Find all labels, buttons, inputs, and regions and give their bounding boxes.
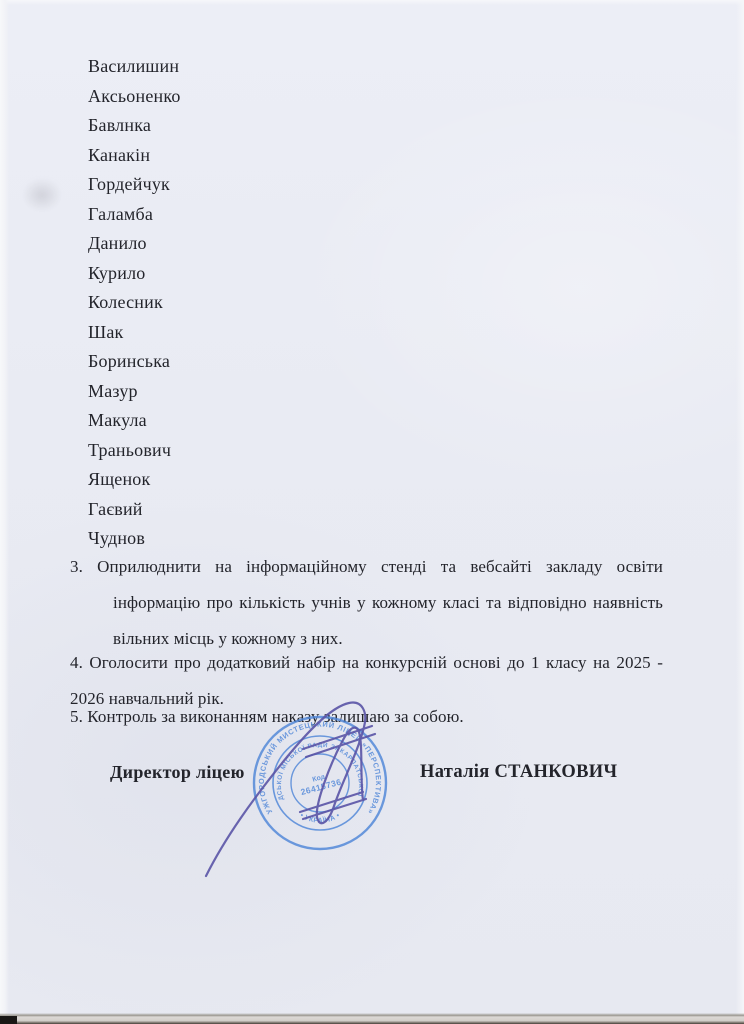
list-item: Макула	[88, 406, 181, 436]
list-item: Боринська	[88, 347, 181, 377]
list-item: Галамба	[88, 200, 181, 230]
list-item: Гаєвий	[88, 495, 181, 525]
list-item: Шак	[88, 318, 181, 348]
list-item: Колесник	[88, 288, 181, 318]
list-item: Бавлнка	[88, 111, 181, 141]
list-item: Данило	[88, 229, 181, 259]
official-stamp: УЖГОРОДСЬКИЙ МИСТЕЦЬКИЙ ЛІЦЕЙ «ПЕРСПЕКТИ…	[245, 708, 395, 858]
ordinance-item-3: 3. Оприлюднити на інформаційному стенді …	[70, 549, 663, 657]
scanned-document-page: Василишин Аксьоненко Бавлнка Канакін Гор…	[0, 0, 744, 1024]
signer-role-label: Директор ліцею	[110, 762, 245, 783]
scan-edge-right	[736, 0, 744, 1024]
paragraph-line: 3. Оприлюднити на інформаційному стенді …	[70, 549, 663, 585]
scan-smudge	[22, 178, 62, 212]
list-item: Канакін	[88, 141, 181, 171]
scan-edge-top	[0, 0, 744, 5]
stamp-center-code: Код 26415736	[298, 770, 343, 797]
paragraph-line: 4. Оголосити про додатковий набір на кон…	[70, 645, 663, 681]
list-item: Гордейчук	[88, 170, 181, 200]
names-list: Василишин Аксьоненко Бавлнка Канакін Гор…	[88, 52, 181, 554]
list-item: Траньович	[88, 436, 181, 466]
list-item: Мазур	[88, 377, 181, 407]
scan-edge-corner	[0, 1016, 17, 1024]
scan-edge-bottom	[0, 1013, 744, 1024]
list-item: Аксьоненко	[88, 82, 181, 112]
list-item: Курило	[88, 259, 181, 289]
paragraph-line: інформацію про кількість учнів у кожному…	[70, 585, 663, 621]
list-item: Ященок	[88, 465, 181, 495]
scan-edge-left	[0, 0, 9, 1024]
stamp-country-text: • УКРАЇНА •	[299, 812, 342, 825]
signer-name: Наталія СТАНКОВИЧ	[420, 762, 617, 783]
list-item: Василишин	[88, 52, 181, 82]
